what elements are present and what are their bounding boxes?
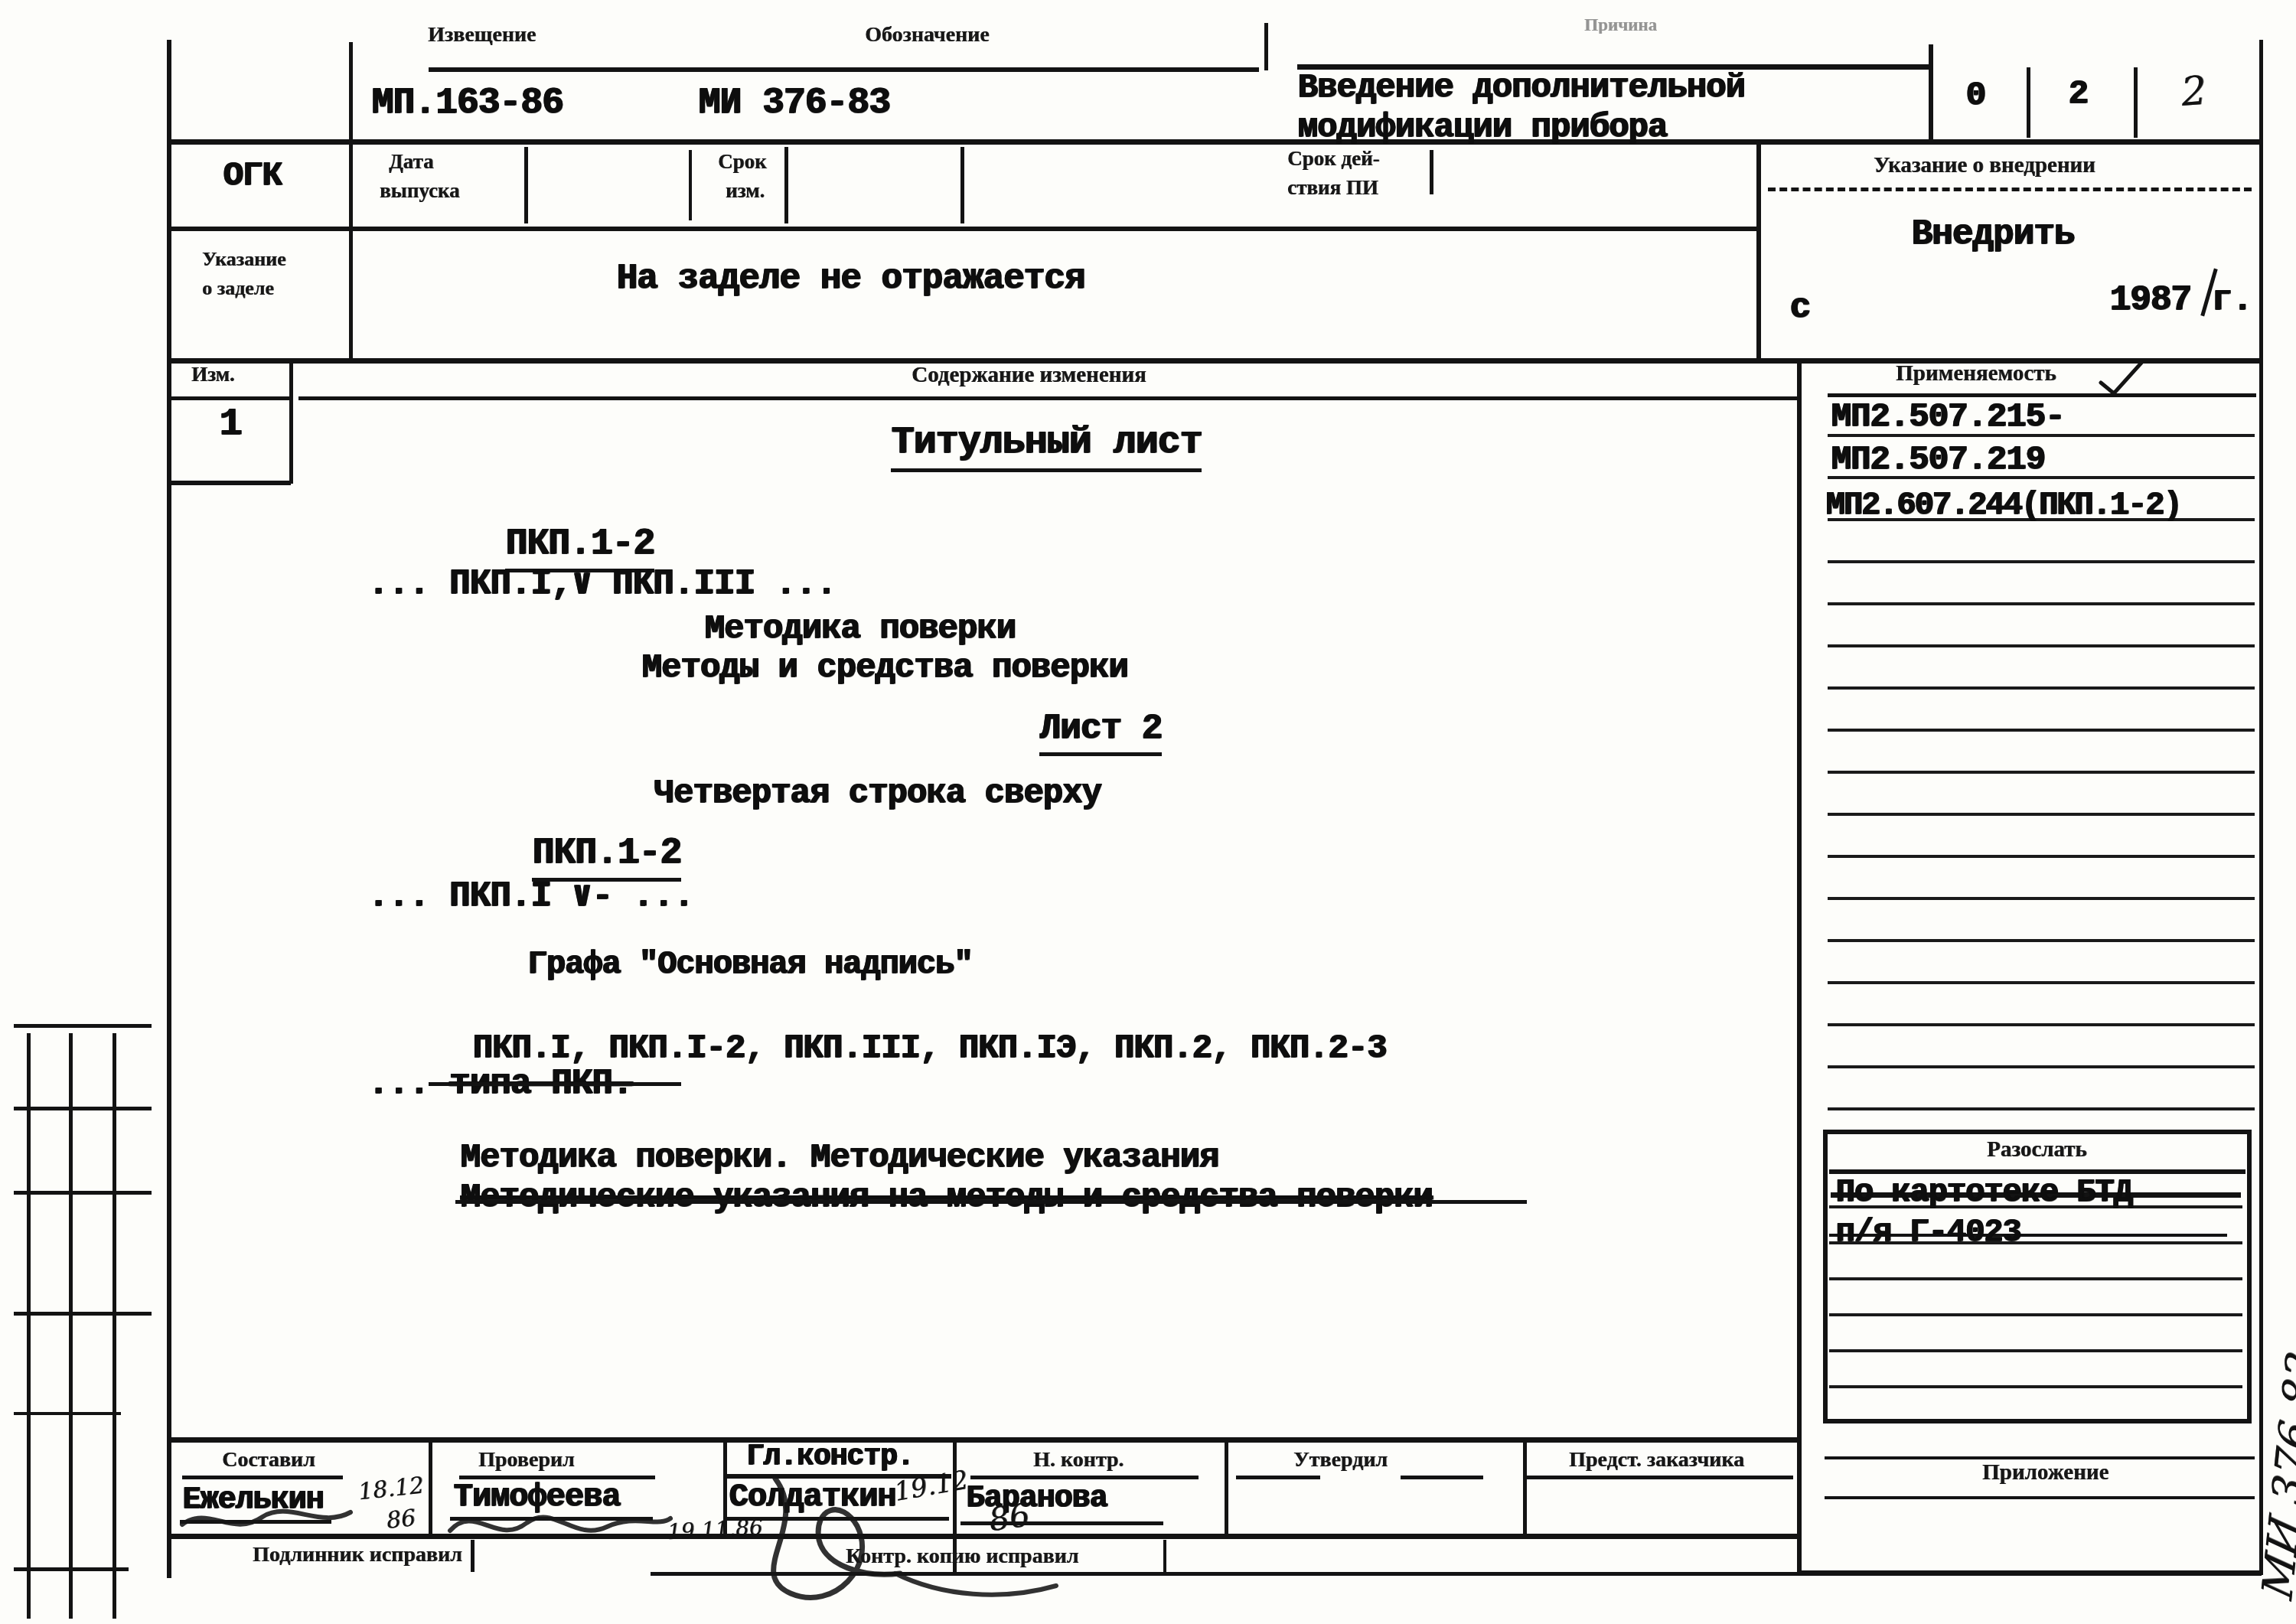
reason-line1: Введение дополнительной [1297, 69, 1744, 107]
margin-grid-line [27, 1033, 31, 1619]
check-mark-icon [2097, 360, 2151, 398]
razoslat-line-2: п/я Г-4023 [1835, 1214, 2020, 1251]
primenyaemost-value-1: МП2.507.215- [1831, 398, 2064, 436]
izveshchenie-label: Извещение [428, 23, 536, 47]
reason-line2: модификации прибора [1297, 109, 1667, 147]
signature-tail [895, 1573, 1056, 1595]
srok-izm-label: Срок [718, 150, 767, 174]
divider [1756, 142, 1761, 358]
margin-grid-line [69, 1033, 73, 1619]
srok-pi-label2: ствия ПИ [1287, 176, 1378, 200]
divider [349, 42, 353, 140]
signature-proveril [450, 1517, 670, 1531]
margin-grid-line [14, 1107, 152, 1110]
margin-grid-line [14, 1191, 152, 1195]
signature-sostavil [182, 1511, 351, 1525]
body-title: Титульный лист [891, 421, 1202, 472]
divider [2027, 67, 2030, 138]
vnedrenie-label: Указание о внедрении [1874, 153, 2095, 178]
primenyaemost-label: Применяемость [1896, 361, 2056, 386]
content-header-underline [298, 396, 1797, 400]
divider [784, 147, 788, 223]
izm-label: Изм. [191, 363, 235, 386]
left-border [167, 40, 171, 1578]
change-notice-form: Извещение МП.163-86 Обозначение МИ 376-8… [0, 0, 2296, 1624]
row-divider [167, 227, 1759, 231]
code-cell-3: 2 [2180, 68, 2208, 116]
content-header-label: Содержание изменения [912, 363, 1146, 388]
body-metod-3: Методика поверки. Методические указания [460, 1139, 1218, 1177]
divider [960, 147, 964, 223]
vnedrit-value: Внедрить [1911, 214, 2074, 254]
zadel-value: На заделе не отражается [616, 259, 1084, 298]
prilozhenie-label: Приложение [1982, 1460, 2108, 1485]
srok-pi-label: Срок дей- [1287, 147, 1380, 171]
signature-konstr [774, 1479, 900, 1597]
oboznachenie-label: Обозначение [865, 23, 990, 47]
header-underline [429, 67, 1259, 72]
divider [689, 150, 692, 220]
body-stroka: Четвертая строка сверху [654, 774, 1101, 813]
strike-line [429, 1082, 681, 1086]
izm-box-line [289, 361, 293, 484]
primenyaemost-value-2: МП2.507.219 [1831, 441, 2044, 479]
margin-grid-line [113, 1033, 116, 1619]
data-vypuska-label2: выпуска [380, 179, 460, 203]
year-value: 1987 г. [2109, 280, 2252, 320]
bottom-border [1799, 1570, 2262, 1576]
oboznachenie-value: МИ 376-83 [698, 83, 889, 124]
divider [2134, 67, 2138, 138]
divider [1264, 23, 1268, 70]
column-divider [1797, 360, 1802, 1575]
code-cell-2: 2 [2068, 75, 2087, 113]
code-cell-1: 0 [1965, 77, 1985, 115]
primenyaemost-value-3: МП2.607.244(ПКП.1-2) [1825, 487, 2180, 523]
right-border [2259, 40, 2263, 1575]
prichina-faint-label: Причина [1584, 15, 1657, 34]
body-metodika-2: Методы и средства поверки [641, 649, 1127, 687]
izveshchenie-value: МП.163-86 [371, 83, 563, 124]
razoslat-line-1: По картотеке БТД [1835, 1174, 2131, 1211]
srok-izm-label2: изм. [726, 179, 765, 203]
izm-value: 1 [219, 403, 241, 446]
data-vypuska-label: Дата [389, 150, 433, 174]
razoslat-label: Разослать [1987, 1137, 2087, 1163]
divider [349, 231, 353, 358]
ogk-label: ОГК [223, 157, 281, 195]
body-line-2: ... ПКП.I ∨- ... [367, 872, 693, 916]
margin-grid-line [14, 1024, 152, 1028]
rule-line [1825, 1496, 2255, 1499]
row-divider [167, 139, 2263, 145]
s-prefix: с [1789, 288, 1810, 328]
divider [524, 147, 528, 223]
body-enum: ПКП.I, ПКП.I-2, ПКП.III, ПКП.IЭ, ПКП.2, … [472, 1029, 1386, 1068]
body-grafa: Графа "Основная надпись" [527, 946, 972, 983]
strike-line [455, 1200, 1527, 1204]
body-line-1: ... ПКП.I,∨ ПКП.III ... [367, 560, 836, 604]
dashed-underline [1768, 188, 2252, 191]
divider [1929, 44, 1933, 141]
divider [349, 144, 353, 227]
divider [1430, 150, 1433, 194]
body-metodika-1: Методика поверки [704, 610, 1015, 648]
zadel-label: Указание [202, 248, 285, 271]
zadel-label2: о заделе [202, 277, 274, 300]
body-metod-4-struck: Методические указания на методы и средст… [460, 1179, 1432, 1217]
izm-box-line [170, 396, 291, 400]
izm-box-line [170, 481, 291, 485]
body-list2: Лист 2 [1039, 709, 1162, 756]
margin-grid-line [14, 1312, 152, 1316]
rule-line [1825, 1456, 2255, 1459]
signature-scribbles [167, 1431, 1805, 1624]
